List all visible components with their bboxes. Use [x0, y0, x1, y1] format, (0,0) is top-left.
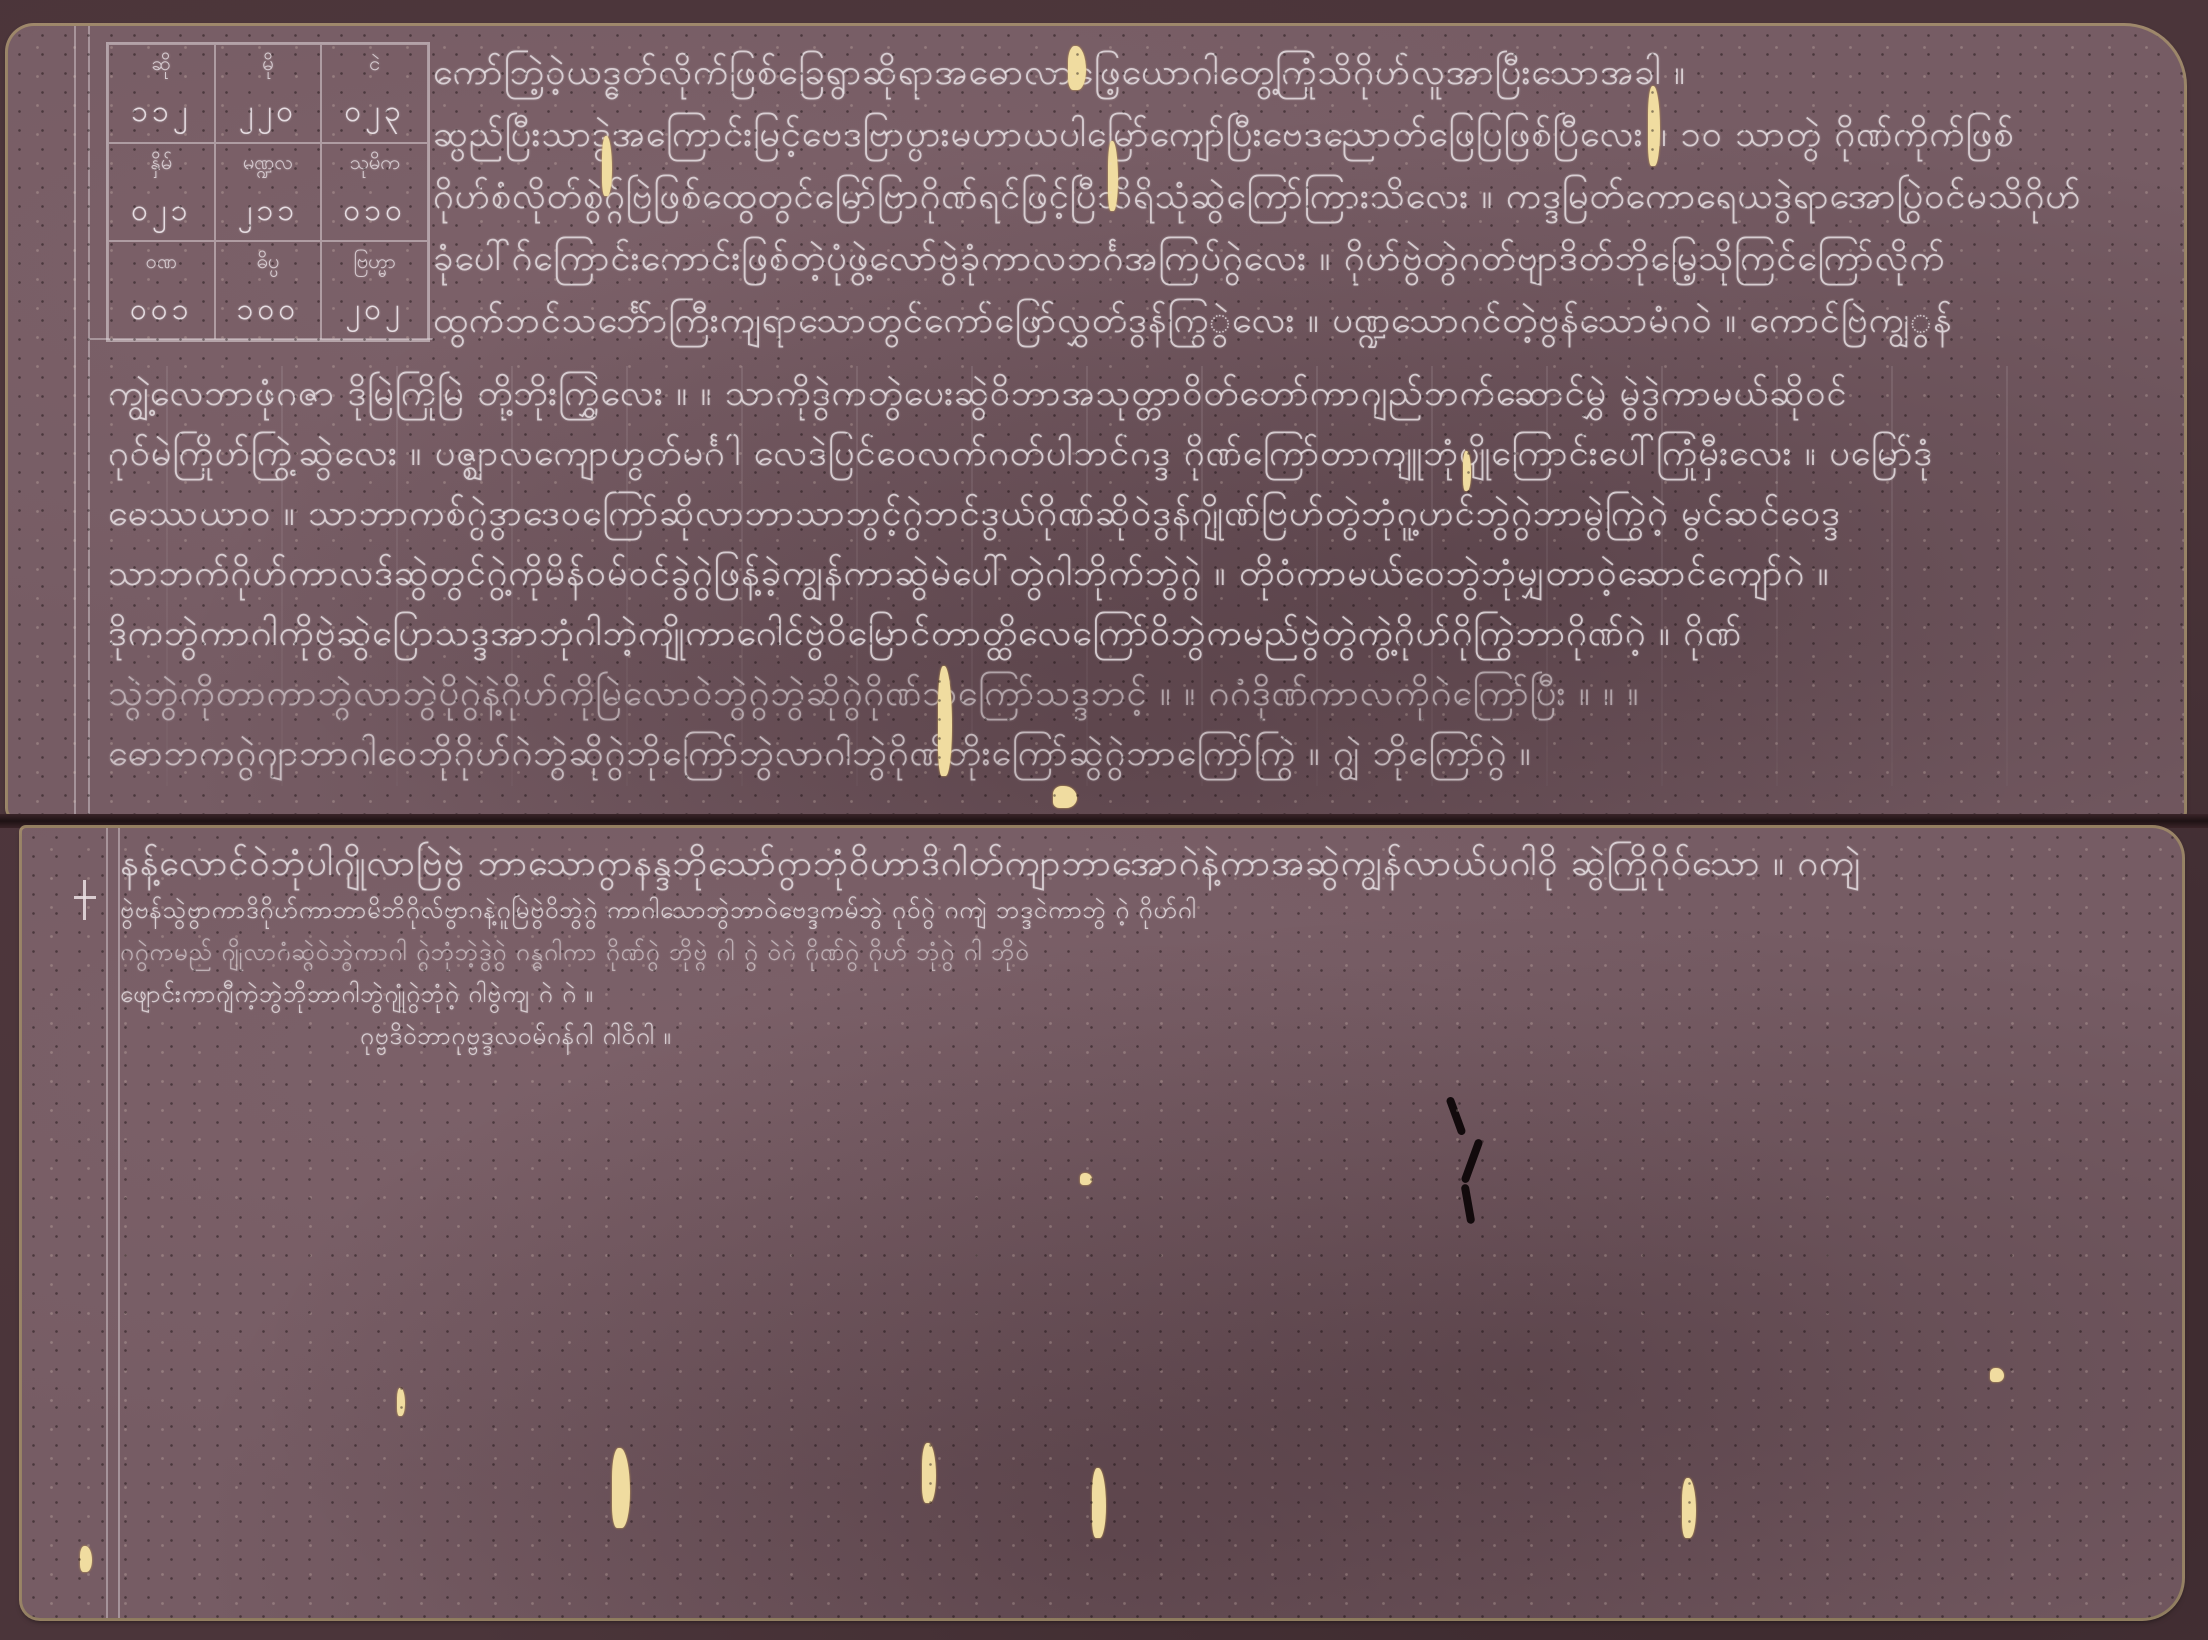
cell-value: ၀၁၀ [343, 190, 406, 235]
cell-value: ၀၂၁ [131, 190, 192, 235]
grid-cell: ဆို၁၁၂ [108, 44, 215, 143]
margin-ruling-line [74, 26, 76, 818]
numeric-grid-table: ဆို၁၁၂ မို၂၂၀ ငဲ၀၂၃ နှိမ်၀၂၁ မဏ္ဍလ၂၁၁ သု… [106, 42, 430, 342]
grid-cell: သုမိက၀၁၀ [321, 143, 428, 242]
paper-damage [1990, 1368, 2004, 1382]
faint-erased-writing [108, 366, 2108, 786]
manuscript-line: ခုံပေါ်ဂ်ကြောင်းကောင်းဖြစ်တဲ့ပုံဖွဲ့လော်… [433, 228, 2163, 290]
manuscript-line: ဂဂွဲကမည် ဂျိုလာဂံဆွဲဝဲဘွဲကာဂါ ဂွဲဘုံဘဲ့ဒ… [120, 932, 2160, 974]
manuscript-lower-panel: နန့်လောင်ဝဲဘုံပါဂျိုလာဗြဲဗွဲ ဘာသောဂွာနန္… [22, 828, 2182, 1618]
grid-cell: ငဲ၀၂၃ [321, 44, 428, 143]
margin-ruling-line [106, 828, 108, 1618]
cell-label: ဆို [152, 50, 171, 80]
manuscript-line: ဂိုဟ်စံလိုတ်စွဲဂ္ဂ်ဗြဲဖြစ်ထွေတွင်မြော်ဗြ… [433, 166, 2163, 228]
manuscript-line: ဂုဗ္ဗဒိဝဲဘာဂုဗ္ဗဒ္ဒလဝမ်ဂန်ဂါ ဂါဝိဂါ ။ [120, 1016, 2160, 1058]
text-beside-table: ကော်ဘြဲ့ဝဲ့ယဒ္ဓတ်လိုက်ဖြစ်ခြေရွာဆိုရာအဓေ… [433, 42, 2163, 352]
paper-damage [612, 1448, 630, 1528]
manuscript-line: နန့်လောင်ဝဲဘုံပါဂျိုလာဗြဲဗွဲ ဘာသောဂွာနန္… [120, 838, 2160, 890]
cell-value: ၂၁၁ [238, 190, 299, 235]
paper-damage [922, 1443, 936, 1503]
grid-cell: ဓိပ္ပ၁၀၀ [215, 241, 322, 340]
grid-cell: ဝဏ၀၀၁ [108, 241, 215, 340]
paper-damage [1068, 46, 1086, 90]
grid-cell: မဏ္ဍလ၂၁၁ [215, 143, 322, 242]
manuscript-upper-panel: ဆို၁၁၂ မို၂၂၀ ငဲ၀၂၃ နှိမ်၀၂၁ မဏ္ဍလ၂၁၁ သု… [8, 26, 2184, 818]
paper-damage [80, 1546, 92, 1572]
cell-value: ၀၀၁ [130, 289, 193, 334]
manuscript-line: ကော်ဘြဲ့ဝဲ့ယဒ္ဓတ်လိုက်ဖြစ်ခြေရွာဆိုရာအဓေ… [433, 42, 2163, 104]
cell-value: ၂၂၀ [239, 91, 297, 136]
cell-label: ငဲ [369, 50, 380, 80]
manuscript-line: ဆွည်ပြီးသာဒွဲအကြောင်းမြင့်ဗေဒဗြာပွားမဟာယ… [433, 104, 2163, 166]
manuscript-line: ထွက်ဘင်သင်္ဘော်ကြီးကျရာသောတွင်ကော်ဖြော်လ… [433, 290, 2163, 352]
cell-value: ၀၂၃ [344, 91, 405, 136]
cell-label: ဗြဟ္မာ [353, 248, 396, 278]
ink-crack [1445, 1096, 1466, 1136]
cross-mark-icon [74, 880, 96, 920]
grid-cell: ဗြဟ္မာ၂၀၂ [321, 241, 428, 340]
paper-damage [1053, 786, 1077, 808]
paper-damage [1682, 1478, 1696, 1538]
cell-label: နှိမ် [150, 149, 172, 179]
paper-damage [1092, 1468, 1106, 1538]
cell-label: ဝဏ [146, 248, 177, 278]
ink-crack [1461, 1184, 1476, 1225]
paper-damage [1080, 1173, 1092, 1185]
cell-value: ၁၁၂ [131, 91, 192, 136]
cell-label: မို [262, 50, 273, 80]
manuscript-line: ဗွဲဗန်သွဲဗွာကာဒိဂိုဟ်ကာဘာမိဘိဂိုလ်ဗွာဂနဲ… [120, 890, 2160, 932]
paper-damage [397, 1388, 405, 1416]
cell-value: ၂၀၂ [345, 289, 403, 334]
cell-label: သုမိက [349, 149, 399, 179]
grid-cell: နှိမ်၀၂၁ [108, 143, 215, 242]
grid-cell: မို၂၂၀ [215, 44, 322, 143]
manuscript-line: ဖျောင်းကာဂျီကဲ့ဘွဲဘိုဘာဂါဘွဲဂျုံဂွဲဘုံဂဲ… [120, 974, 960, 1016]
page-fold [0, 814, 2208, 828]
ink-crack [1460, 1138, 1483, 1184]
lower-text-block: နန့်လောင်ဝဲဘုံပါဂျိုလာဗြဲဗွဲ ဘာသောဂွာနန္… [120, 838, 2160, 1058]
margin-ruling-line [88, 26, 90, 818]
cell-label: ဓိပ္ပ [257, 248, 280, 278]
cell-value: ၁၀၀ [237, 289, 300, 334]
cell-label: မဏ္ဍလ [243, 149, 293, 179]
